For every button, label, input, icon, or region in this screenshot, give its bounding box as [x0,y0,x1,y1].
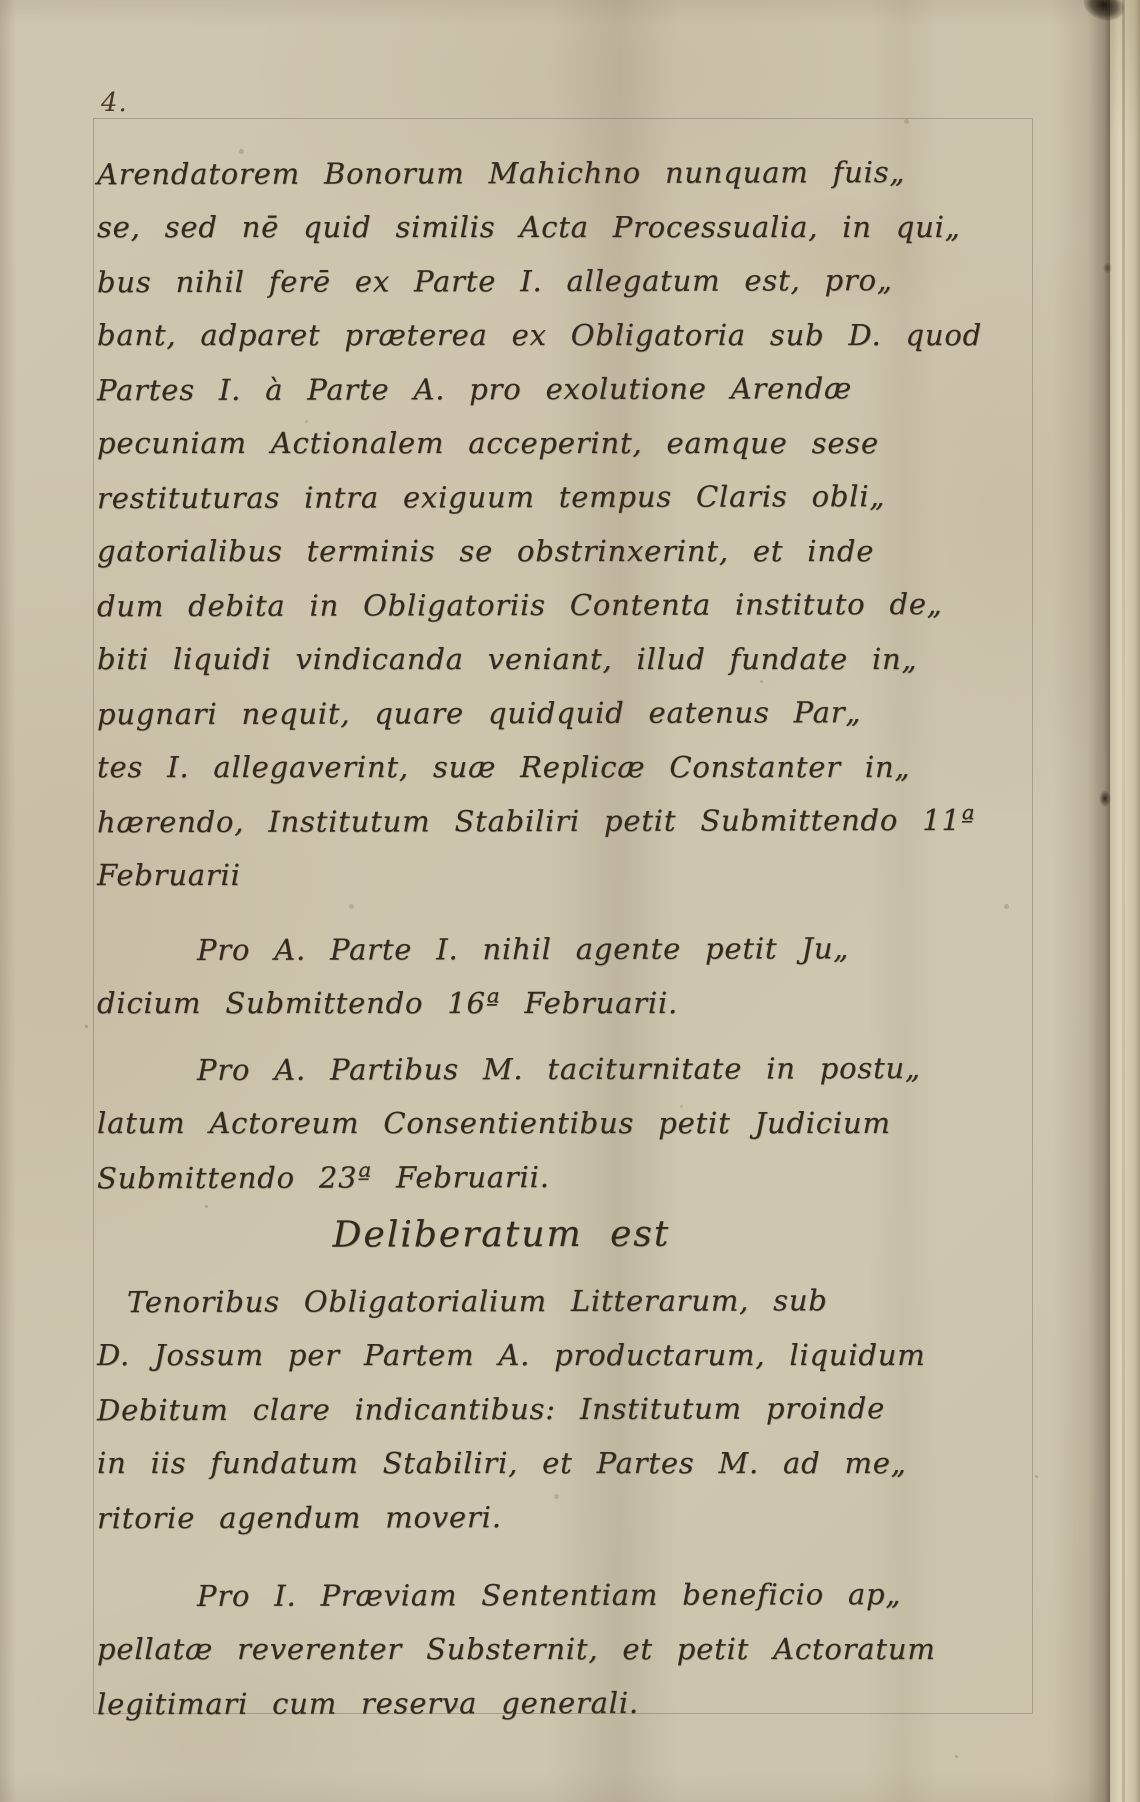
manuscript-line: Arendatorem Bonorum Mahichno nunquam fui… [97,145,1025,201]
manuscript-scan-page: 4. Arendatorem Bonorum Mahichno nunquam … [0,0,1140,1802]
page-edge-crease [1052,0,1110,1802]
manuscript-line: Deliberatum est [97,1203,1025,1267]
page-number: 4. [101,88,128,118]
manuscript-line: D. Jossum per Partem A. productarum, liq… [97,1328,1025,1382]
manuscript-paragraph: Arendatorem Bonorum Mahichno nunquam fui… [97,146,1025,902]
manuscript-line: hærendo, Institutum Stabiliri petit Subm… [97,793,1025,849]
manuscript-line: se, sed nē quid similis Acta Processuali… [97,200,1025,254]
manuscript-line: Pro A. Parte I. nihil agente petit Ju„ [97,921,1025,977]
manuscript-line: bus nihil ferē ex Parte I. allegatum est… [97,253,1025,309]
deliberatum-heading: Deliberatum est [97,1204,1025,1266]
manuscript-line: pugnari nequit, quare quidquid eatenus P… [97,685,1025,741]
manuscript-line: in iis fundatum Stabiliri, et Partes M. … [97,1436,1025,1490]
manuscript-line: gatorialibus terminis se obstrinxerint, … [97,524,1025,578]
manuscript-line: pellatæ reverenter Substernit, et petit … [97,1622,1025,1676]
manuscript-paragraph: Pro I. Præviam Sententiam beneficio ap„p… [97,1568,1025,1730]
manuscript-line: Partes I. à Parte A. pro exolutione Aren… [97,361,1025,417]
manuscript-line: Tenoribus Obligatorialium Litterarum, su… [97,1273,1025,1329]
ink-blot [1099,790,1111,807]
manuscript-line: tes I. allegaverint, suæ Replicæ Constan… [97,740,1025,794]
manuscript-line: biti liquidi vindicanda veniant, illud f… [97,632,1025,686]
fore-edge-streak [1122,0,1125,1802]
manuscript-line: legitimari cum reserva generali. [97,1675,1025,1731]
manuscript-line: pecuniam Actionalem acceperint, eamque s… [97,416,1025,470]
manuscript-line: Pro A. Partibus M. taciturnitate in post… [97,1041,1025,1097]
manuscript-paragraph: Pro A. Parte I. nihil agente petit Ju„di… [97,922,1025,1030]
manuscript-paragraph: Tenoribus Obligatorialium Litterarum, su… [97,1274,1025,1544]
manuscript-line: dum debita in Obligatoriis Contenta inst… [97,577,1025,633]
manuscript-line: Februarii [97,848,1025,902]
manuscript-line: Pro I. Præviam Sententiam beneficio ap„ [97,1567,1025,1623]
manuscript-line: latum Actoreum Consentientibus petit Jud… [97,1096,1025,1150]
manuscript-line: Submittendo 23ª Februarii. [97,1149,1025,1205]
manuscript-text-block: Arendatorem Bonorum Mahichno nunquam fui… [97,146,1025,1730]
manuscript-line: bant, adparet præterea ex Obligatoria su… [97,308,1025,362]
book-fore-edge [1110,0,1140,1802]
manuscript-paragraph: Pro A. Partibus M. taciturnitate in post… [97,1042,1025,1204]
manuscript-line: ritorie agendum moveri. [97,1489,1025,1545]
manuscript-line: dicium Submittendo 16ª Februarii. [97,976,1025,1030]
ink-blot-small [1103,262,1112,274]
manuscript-line: Debitum clare indicantibus: Institutum p… [97,1381,1025,1437]
manuscript-line: restituturas intra exiguum tempus Claris… [97,469,1025,525]
paper-foxing-specks [0,0,3,3]
